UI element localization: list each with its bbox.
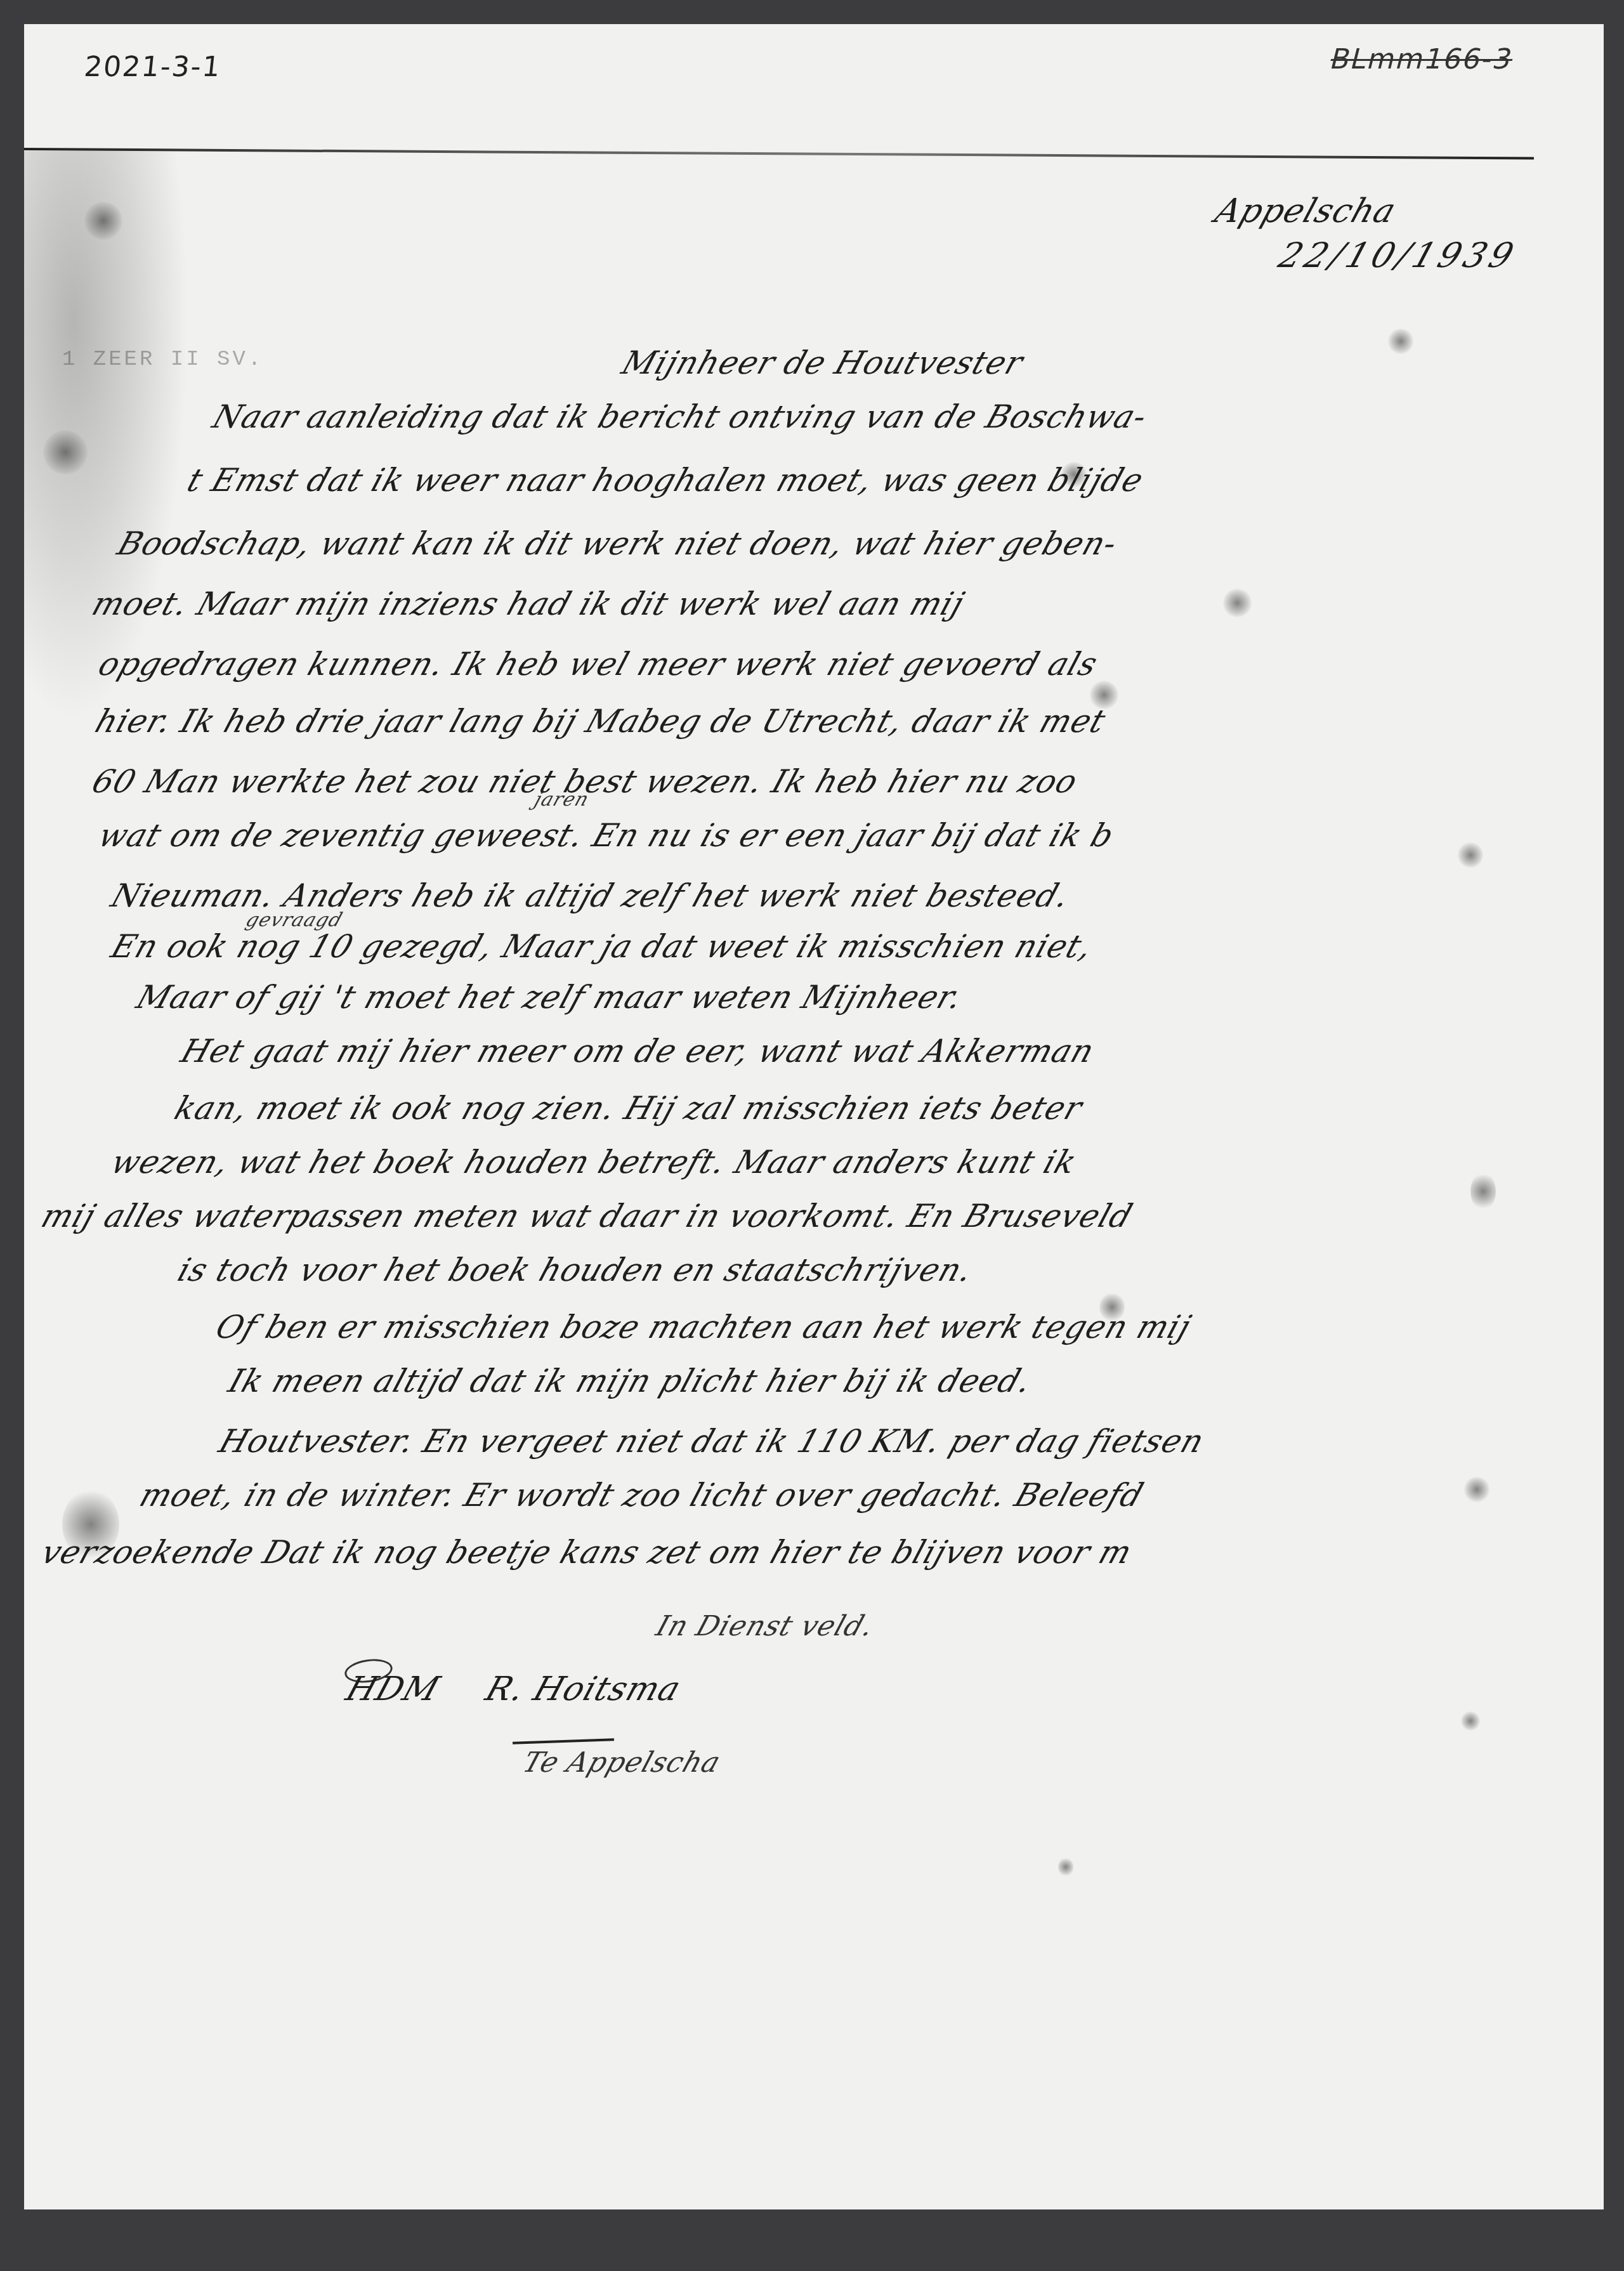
body-line: is toch voor het boek houden en staatsch… <box>173 1252 978 1288</box>
ink-spot <box>1388 329 1413 354</box>
body-line: Ik meen altijd dat ik mijn plicht hier b… <box>224 1363 1037 1399</box>
ink-spot <box>1058 1857 1073 1876</box>
letter-date: 22/10/1939 <box>1274 235 1547 275</box>
body-line: Houtvester. En vergeet niet dat ik 110 K… <box>214 1423 1209 1460</box>
body-line: wezen, wat het boek houden betreft. Maar… <box>107 1144 1082 1181</box>
signature-location: Te Appelscha <box>519 1746 725 1779</box>
body-line: opgedragen kunnen. Ik heb wel meer werk … <box>94 646 1103 683</box>
ink-spot <box>1464 1477 1490 1502</box>
body-line: En ook nog 10 gezegd, Maar ja dat weet i… <box>107 928 1097 965</box>
body-line: mij alles waterpassen meten wat daar in … <box>37 1198 1137 1234</box>
left-margin-smudge <box>24 151 189 722</box>
ink-spot <box>1470 1172 1496 1210</box>
body-line: Het gaat mij hier meer om de eer, want w… <box>176 1033 1099 1070</box>
body-line: moet. Maar mijn inziens had ik dit werk … <box>88 586 969 622</box>
signature: R. Hoitsma <box>481 1670 686 1708</box>
salutation: Mijnheer de Houtvester <box>617 344 1028 381</box>
signature-prefix: HDM <box>341 1670 445 1708</box>
body-line: moet, in de winter. Er wordt zoo licht o… <box>135 1477 1148 1514</box>
body-line: Maar of gij 't moet het zelf maar weten … <box>132 979 967 1016</box>
body-line: hier. Ik heb drie jaar lang bij Mabeg de… <box>91 703 1111 740</box>
signature-underline <box>513 1738 614 1744</box>
body-line: t Emst dat ik weer naar hooghalen moet, … <box>183 462 1148 499</box>
body-line: verzoekende Dat ik nog beetje kans zet o… <box>37 1534 1137 1571</box>
ink-spot <box>1461 1711 1480 1731</box>
letter-page: 1 ZEER II SV. 2021-3-1 BLmm166-3 Appelsc… <box>24 24 1604 2209</box>
body-line: kan, moet ik ook nog zien. Hij zal missc… <box>170 1090 1087 1127</box>
place-date-block: Appelscha 22/10/1939 <box>1204 192 1534 275</box>
closing-phrase: In Dienst veld. <box>652 1610 878 1642</box>
letter-place: Appelscha <box>1210 192 1546 230</box>
body-line: Boodschap, want kan ik dit werk niet doe… <box>113 525 1122 562</box>
body-line: Of ben er misschien boze machten aan het… <box>211 1309 1196 1345</box>
ink-spot <box>1458 842 1483 868</box>
accession-number: 2021-3-1 <box>82 51 223 83</box>
top-rule-line <box>24 148 1534 160</box>
ink-spot <box>1223 589 1252 617</box>
interlinear-insertion: jaren <box>532 789 592 811</box>
body-line: Naar aanleiding dat ik bericht ontving v… <box>208 398 1152 435</box>
body-line: wat om de zeventig geweest. En nu is er … <box>94 817 1119 854</box>
bleed-through-text: 1 ZEER II SV. <box>62 348 263 372</box>
reference-code-struck: BLmm166-3 <box>1327 43 1517 75</box>
